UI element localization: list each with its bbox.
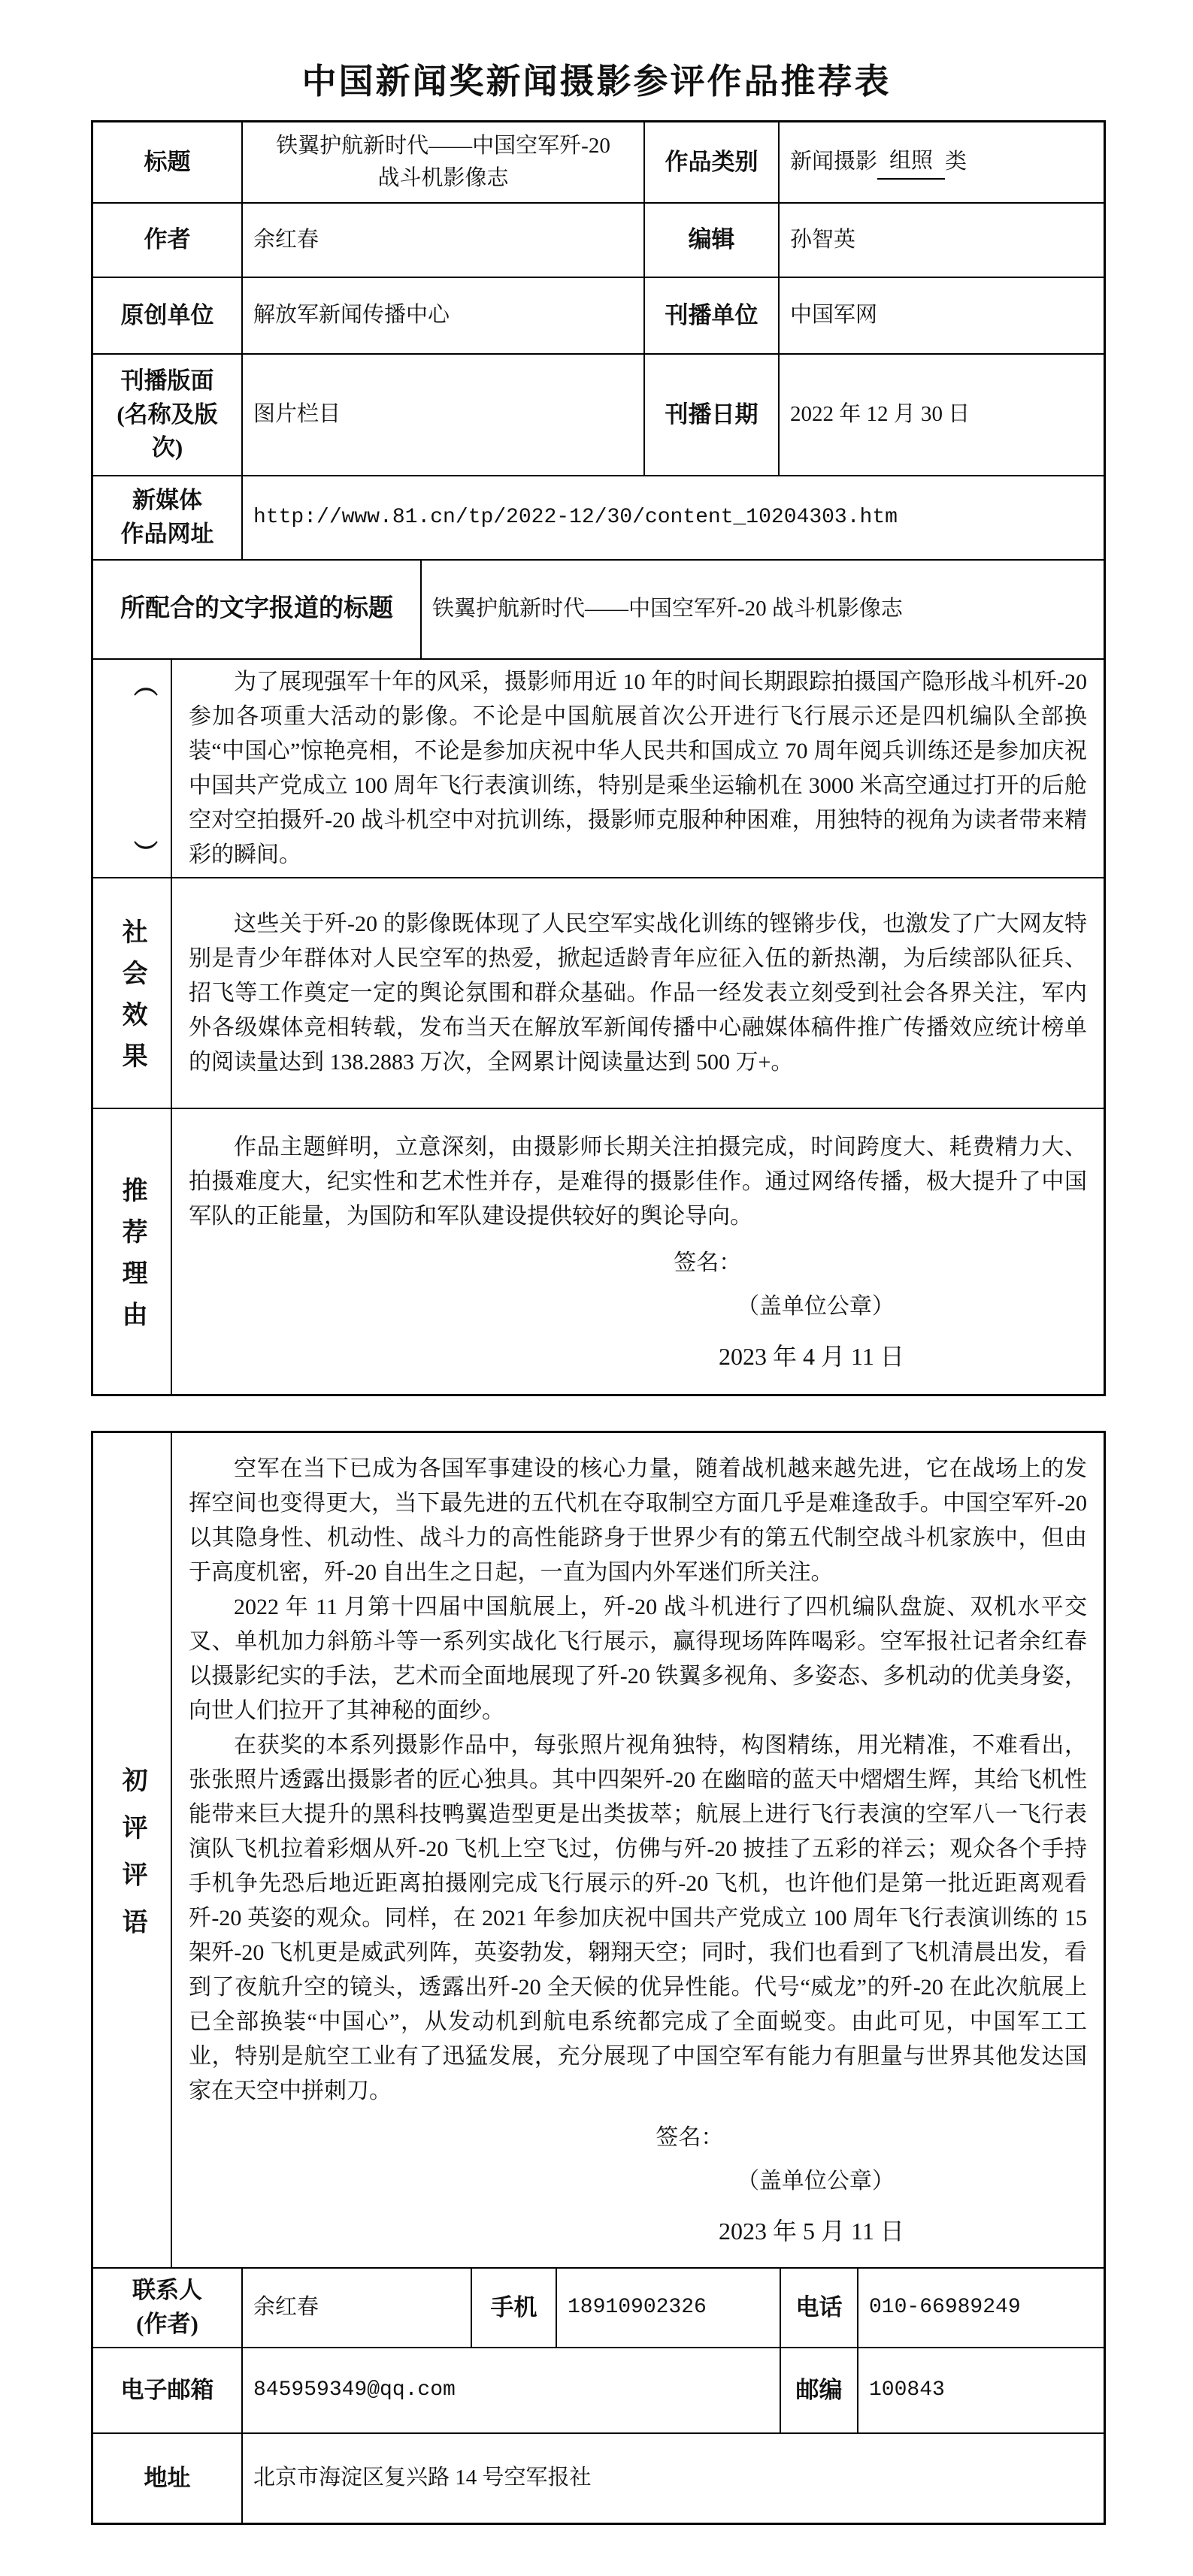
publish-unit-value: 中国军网 [780, 278, 1104, 353]
intro-paren-close: ） [132, 840, 158, 864]
recommend-seal-note: （盖单位公章） [737, 1290, 1087, 1324]
layout-value: 图片栏目 [243, 355, 645, 475]
effect-text-cell: 这些关于歼-20 的影像既体现了人民空军实战化训练的铿锵步伐，也激发了广大网友特… [172, 878, 1104, 1108]
media-url-value: http://www.81.cn/tp/2022-12/30/content_1… [243, 476, 1104, 559]
recommend-sign-label: 签名： [674, 1246, 1087, 1280]
zip-label: 邮编 [781, 2348, 858, 2432]
table-row-url: 新媒体 作品网址 http://www.81.cn/tp/2022-12/30/… [93, 476, 1104, 561]
intro-label: （ 作品简介 采编过程 ） [93, 660, 172, 877]
effect-label: 社会效果 [93, 878, 172, 1108]
table-row-title: 标题 铁翼护航新时代——中国空军歼-20 战斗机影像志 作品类别 新闻摄影 组照… [93, 122, 1104, 204]
media-url-label: 新媒体 作品网址 [93, 476, 243, 559]
review-label: 初评评语 [93, 1433, 172, 2267]
review-seal-note: （盖单位公章） [737, 2164, 1087, 2199]
category-label: 作品类别 [645, 122, 780, 202]
title-label: 标题 [93, 122, 243, 202]
contact-name-value: 余红春 [243, 2269, 472, 2347]
review-paragraph-2: 2022 年 11 月第十四届中国航展上，歼-20 战斗机进行了四机编队盘旋、双… [189, 1590, 1087, 1728]
editor-label: 编辑 [645, 204, 780, 277]
author-label: 作者 [93, 204, 243, 277]
recommend-sign-date: 2023 年 4 月 11 日 [719, 1339, 1087, 1374]
intro-text-cell: 为了展现强军十年的风采，摄影师用近 10 年的时间长期跟踪拍摄国产隐形战斗机歼-… [172, 660, 1104, 877]
mobile-label: 手机 [472, 2269, 557, 2347]
review-sign-date: 2023 年 5 月 11 日 [719, 2214, 1087, 2248]
origin-unit-value: 解放军新闻传播中心 [243, 278, 645, 353]
address-value: 北京市海淀区复兴路 14 号空军报社 [243, 2434, 1104, 2523]
publish-date-value: 2022 年 12 月 30 日 [780, 355, 1104, 475]
table-row-effect: 社会效果 这些关于歼-20 的影像既体现了人民空军实战化训练的铿锵步伐，也激发了… [93, 878, 1104, 1109]
origin-unit-label: 原创单位 [93, 278, 243, 353]
title-value: 铁翼护航新时代——中国空军歼-20 战斗机影像志 [243, 122, 645, 202]
category-prefix: 新闻摄影 [790, 146, 877, 179]
contact-label: 联系人 (作者) [93, 2269, 243, 2347]
table-row-intro: （ 作品简介 采编过程 ） 为了展现强军十年的风采，摄影师用近 10 年的时间长… [93, 660, 1104, 878]
publish-unit-label: 刊播单位 [645, 278, 780, 353]
category-suffix: 类 [945, 146, 967, 179]
zip-value: 100843 [858, 2348, 1104, 2432]
recommend-vertical-label: 推荐理由 [114, 1177, 150, 1342]
intro-paren-open: （ [132, 673, 158, 697]
review-contact-table: 初评评语 空军在当下已成为各国军事建设的核心力量，随着战机越来越先进，它在战场上… [91, 1431, 1106, 2525]
recommend-signature-block: 签名： （盖单位公章） 2023 年 4 月 11 日 [189, 1246, 1087, 1374]
table-row-origin: 原创单位 解放军新闻传播中心 刊播单位 中国军网 [93, 278, 1104, 355]
address-label: 地址 [93, 2434, 243, 2523]
review-text-cell: 空军在当下已成为各国军事建设的核心力量，随着战机越来越先进，它在战场上的发挥空间… [172, 1433, 1104, 2267]
intro-paragraph: 为了展现强军十年的风采，摄影师用近 10 年的时间长期跟踪拍摄国产隐形战斗机歼-… [189, 665, 1087, 872]
effect-vertical-label: 社会效果 [114, 918, 150, 1084]
table-row-recommend: 推荐理由 作品主题鲜明，立意深刻，由摄影师长期关注拍摄完成，时间跨度大、耗费精力… [93, 1109, 1104, 1394]
review-vertical-label: 初评评语 [114, 1767, 150, 1956]
editor-value: 孙智英 [780, 204, 1104, 277]
phone-value: 010-66989249 [858, 2269, 1104, 2347]
review-paragraph-3: 在获奖的本系列摄影作品中，每张照片视角独特，构图精练，用光精准，不难看出，张张照… [189, 1728, 1087, 2109]
layout-label: 刊播版面 (名称及版 次) [93, 355, 243, 475]
table-row-email: 电子邮箱 845959349@qq.com 邮编 100843 [93, 2348, 1104, 2434]
recommend-paragraph: 作品主题鲜明，立意深刻，由摄影师长期关注拍摄完成，时间跨度大、耗费精力大、拍摄难… [189, 1130, 1087, 1234]
email-value: 845959349@qq.com [243, 2348, 781, 2432]
table-row-address: 地址 北京市海淀区复兴路 14 号空军报社 [93, 2434, 1104, 2523]
report-title-label: 所配合的文字报道的标题 [93, 561, 422, 658]
intro-vertical-label: （ 作品简介 采编过程 ） [93, 672, 171, 864]
table-row-report-title: 所配合的文字报道的标题 铁翼护航新时代——中国空军歼-20 战斗机影像志 [93, 561, 1104, 660]
table-row-review: 初评评语 空军在当下已成为各国军事建设的核心力量，随着战机越来越先进，它在战场上… [93, 1433, 1104, 2269]
effect-paragraph: 这些关于歼-20 的影像既体现了人民空军实战化训练的铿锵步伐，也激发了广大网友特… [189, 907, 1087, 1080]
phone-label: 电话 [781, 2269, 858, 2347]
report-title-value: 铁翼护航新时代——中国空军歼-20 战斗机影像志 [422, 561, 1104, 658]
review-sign-label: 签名： [656, 2121, 1087, 2155]
category-underlined: 组照 [877, 145, 945, 180]
page-title: 中国新闻奖新闻摄影参评作品推荐表 [0, 54, 1193, 104]
publish-date-label: 刊播日期 [645, 355, 780, 475]
recommend-text-cell: 作品主题鲜明，立意深刻，由摄影师长期关注拍摄完成，时间跨度大、耗费精力大、拍摄难… [172, 1109, 1104, 1394]
table-row-author: 作者 余红春 编辑 孙智英 [93, 204, 1104, 278]
mobile-value: 18910902326 [557, 2269, 781, 2347]
category-value: 新闻摄影 组照 类 [780, 122, 1104, 202]
intro-label-columns: 作品简介 采编过程 [93, 700, 172, 834]
review-paragraph-1: 空军在当下已成为各国军事建设的核心力量，随着战机越来越先进，它在战场上的发挥空间… [189, 1452, 1087, 1590]
recommend-label: 推荐理由 [93, 1109, 172, 1394]
review-signature-block: 签名： （盖单位公章） 2023 年 5 月 11 日 [189, 2121, 1087, 2248]
table-row-contact: 联系人 (作者) 余红春 手机 18910902326 电话 010-66989… [93, 2269, 1104, 2348]
table-row-layout: 刊播版面 (名称及版 次) 图片栏目 刊播日期 2022 年 12 月 30 日 [93, 355, 1104, 476]
author-value: 余红春 [243, 204, 645, 277]
email-label: 电子邮箱 [93, 2348, 243, 2432]
entry-form-table: 标题 铁翼护航新时代——中国空军歼-20 战斗机影像志 作品类别 新闻摄影 组照… [91, 120, 1106, 1396]
